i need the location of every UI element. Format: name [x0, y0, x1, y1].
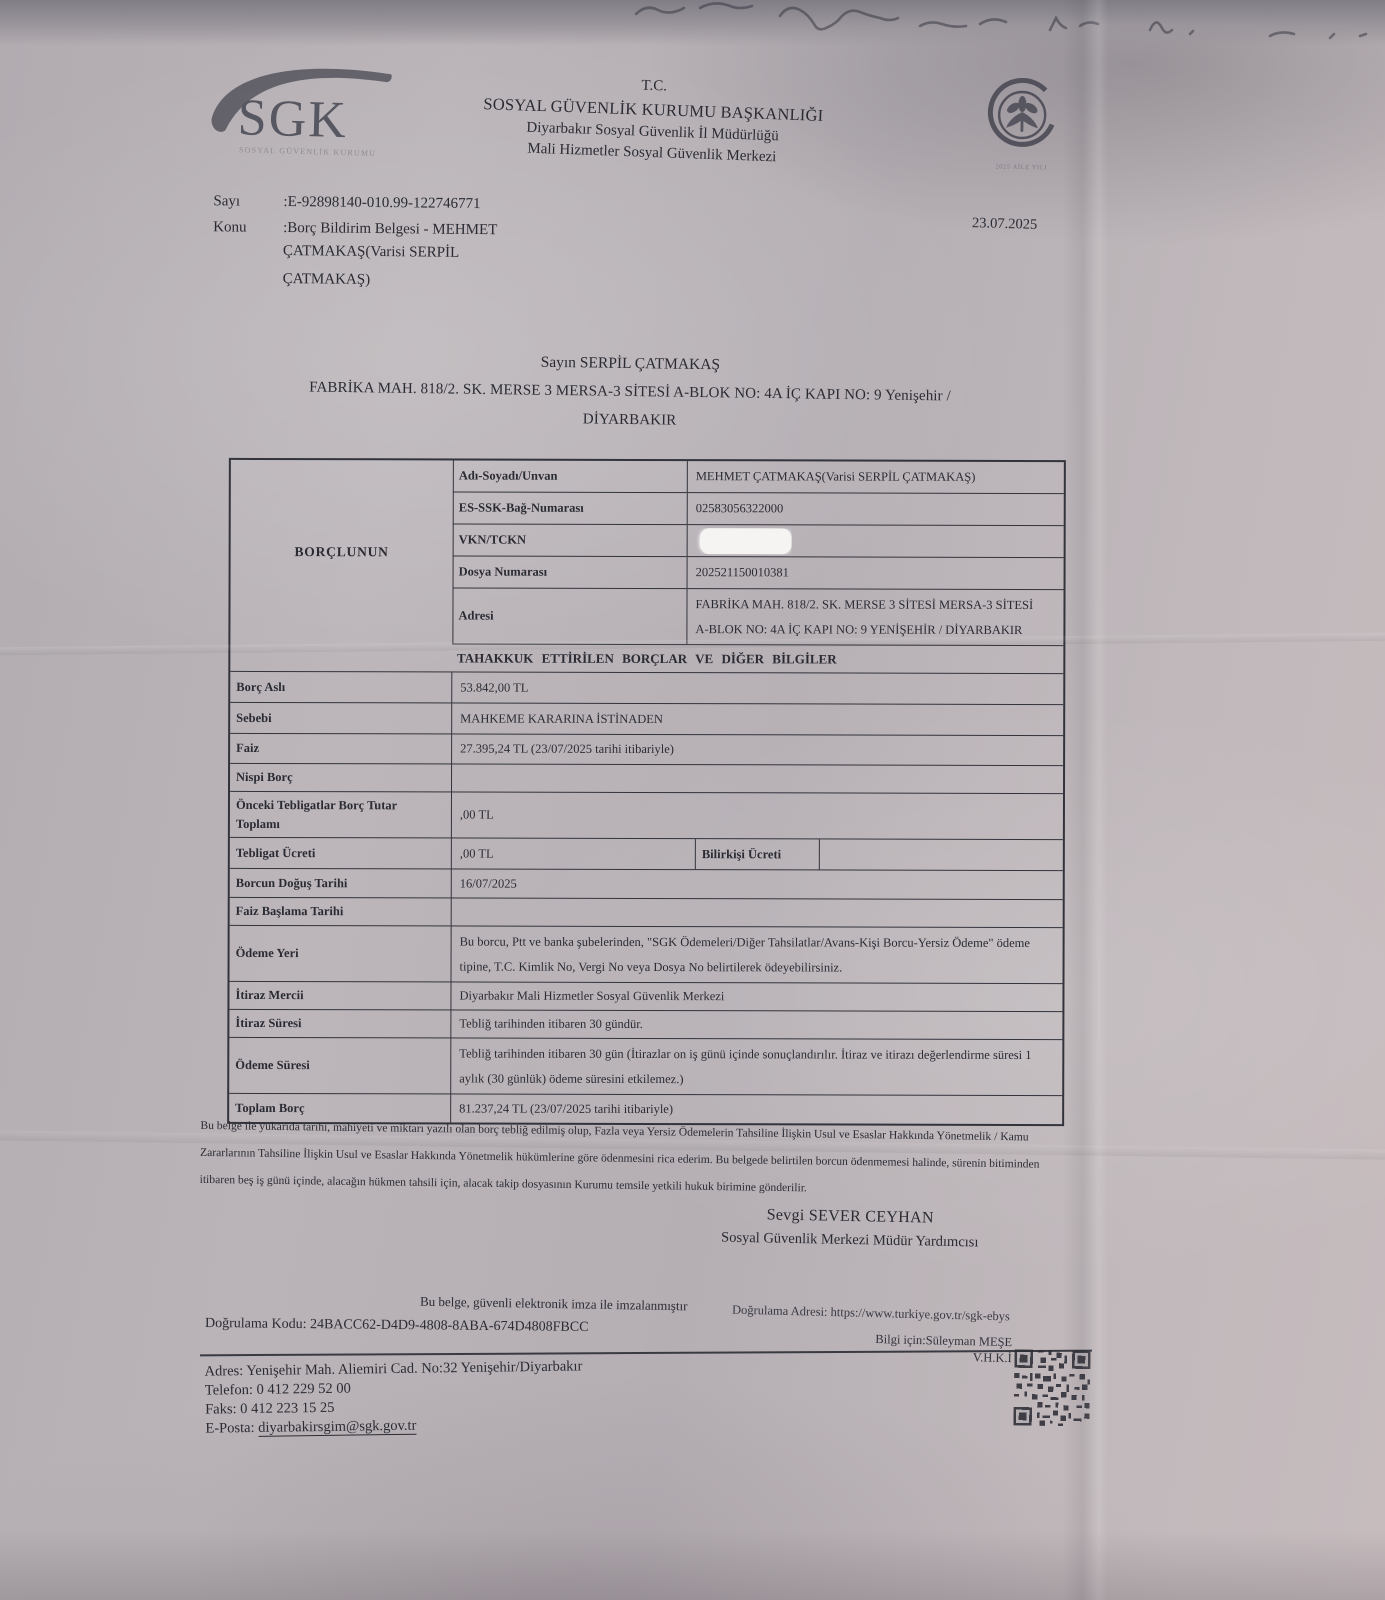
verification-address-line: Doğrulama Adresi: https://www.turkiye.go… [732, 1303, 1010, 1325]
debtor-value-dosya: 202521150010381 [688, 565, 789, 580]
debt-table: BORÇLUNUN Adı-Soyadı/Unvan MEHMET ÇATMAK… [227, 458, 1066, 1126]
label-faiz: Faiz [230, 734, 452, 764]
debtor-section: BORÇLUNUN Adı-Soyadı/Unvan MEHMET ÇATMAK… [230, 460, 1063, 646]
value-onceki-tebligatlar: ,00 TL [452, 807, 1063, 824]
document-photo: SGK SOSYAL GÜVENLİK KURUMU T.C. SOSYAL G… [0, 0, 1385, 1600]
label-odeme-suresi: Ödeme Süresi [229, 1038, 451, 1094]
signatory-name: Sevgi SEVER CEYHAN [610, 1203, 1090, 1230]
konu-label: Konu [213, 219, 283, 237]
debtor-adres-line1: FABRİKA MAH. 818/2. SK. MERSE 3 SİTESİ M… [695, 592, 1033, 618]
value-odeme-suresi: Tebliğ tarihinden itibaren 30 gün (İtira… [451, 1041, 1062, 1093]
sayi-value: :E-92898140-010.99-122746771 [283, 194, 480, 213]
debtor-value-adres: FABRİKA MAH. 818/2. SK. MERSE 3 SİTESİ M… [687, 592, 1033, 643]
label-itiraz-mercii: İtiraz Mercii [229, 982, 451, 1010]
photo-bottom-edge [0, 1530, 1385, 1600]
value-borcun-dogus: 16/07/2025 [452, 876, 1063, 893]
signatory-title: Sosyal Güvenlik Merkezi Müdür Yardımcısı [610, 1227, 1090, 1253]
sayi-label: Sayı [213, 193, 283, 211]
debtor-section-label: BORÇLUNUN [230, 460, 453, 645]
label-bilirkisi-ucreti: Bilirkişi Ücreti [696, 839, 820, 869]
debtor-label-essk: ES-SSK-Bağ-Numarası [453, 492, 688, 524]
verification-code-line: Doğrulama Kodu: 24BACC62-D4D9-4808-8ABA-… [205, 1316, 589, 1336]
label-onceki-line2: Toplamı [236, 814, 397, 833]
row-onceki-tebligatlar: Önceki Tebligatlar Borç Tutar Toplamı ,0… [230, 792, 1063, 840]
redaction-box [700, 528, 792, 554]
value-faiz: 27.395,24 TL (23/07/2025 tarihi itibariy… [452, 741, 1063, 758]
reference-block: Sayı :E-92898140-010.99-122746771 Konu :… [212, 193, 733, 297]
debtor-value-essk: 02583056322000 [688, 501, 784, 516]
family-year-emblem: 2025 AİLE YILI [971, 77, 1073, 172]
row-odeme-suresi: Ödeme Süresi Tebliğ tarihinden itibaren … [229, 1038, 1062, 1096]
addressee-block: Sayın SERPİL ÇATMAKAŞ FABRİKA MAH. 818/2… [149, 343, 1110, 440]
signature-block: Sevgi SEVER CEYHAN Sosyal Güvenlik Merke… [610, 1203, 1091, 1253]
label-faiz-baslama: Faiz Başlama Tarihi [230, 898, 452, 926]
info-contact-block: Bilgi için:Süleyman MEŞE V.H.K.İ [822, 1330, 1013, 1366]
esign-note: Bu belge, güvenli elektronik imza ile im… [420, 1294, 688, 1315]
row-nispi-borc: Nispi Borç [230, 764, 1063, 794]
debtor-row-vkn: VKN/TCKN [453, 524, 1064, 558]
odeme-yeri-line1: Bu borcu, Ptt ve banka şubelerinden, "SG… [460, 929, 1063, 956]
office-email: diyarbakirsgim@sgk.gov.tr [258, 1418, 416, 1437]
verification-address-url: https://www.turkiye.gov.tr/sgk-ebys [830, 1305, 1010, 1323]
value-itiraz-mercii: Diyarbakır Mali Hizmetler Sosyal Güvenli… [451, 988, 1062, 1005]
debtor-label-name: Adı-Soyadı/Unvan [453, 460, 688, 492]
debtor-label-dosya: Dosya Numarası [453, 556, 688, 588]
debtor-row-dosya: Dosya Numarası 202521150010381 [453, 556, 1064, 590]
page-fold [1062, 0, 1108, 1600]
label-onceki-line1: Önceki Tebligatlar Borç Tutar [236, 796, 397, 815]
label-borc-asli: Borç Aslı [230, 672, 452, 703]
odeme-suresi-line1: Tebliğ tarihinden itibaren 30 gün (İtira… [459, 1041, 1062, 1068]
row-itiraz-mercii: İtiraz Mercii Diyarbakır Mali Hizmetler … [229, 982, 1062, 1012]
office-email-line: E-Posta: diyarbakirsgim@sgk.gov.tr [205, 1414, 583, 1438]
debtor-value-vkn [688, 528, 792, 554]
row-borc-asli: Borç Aslı 53.842,00 TL [230, 672, 1063, 705]
debtor-value-name: MEHMET ÇATMAKAŞ(Varisi SERPİL ÇATMAKAŞ) [688, 469, 976, 485]
label-onceki-tebligatlar: Önceki Tebligatlar Borç Tutar Toplamı [230, 792, 452, 838]
notice-paragraph: Bu belge ile yukarıda tarihi, mahiyeti v… [199, 1112, 1078, 1205]
value-toplam-borc: 81.237,24 TL (23/07/2025 tarihi itibariy… [451, 1101, 1062, 1118]
value-borc-asli: 53.842,00 TL [452, 680, 1063, 697]
label-nispi-borc: Nispi Borç [230, 764, 452, 792]
handwriting-marks [630, 0, 1385, 40]
sgk-logo-subtext: SOSYAL GÜVENLİK KURUMU [239, 145, 376, 158]
office-contact-block: Adres: Yenişehir Mah. Aliemiri Cad. No:3… [204, 1357, 583, 1438]
office-email-label: E-Posta: [205, 1420, 254, 1437]
debtor-row-essk: ES-SSK-Bağ-Numarası 02583056322000 [453, 492, 1064, 526]
verification-code-label: Doğrulama Kodu: [205, 1316, 307, 1332]
debtor-row-name: Adı-Soyadı/Unvan MEHMET ÇATMAKAŞ(Varisi … [453, 460, 1064, 494]
value-nispi-borc [452, 778, 1063, 780]
row-itiraz-suresi: İtiraz Süresi Tebliğ tarihinden itibaren… [229, 1010, 1062, 1040]
odeme-suresi-line2: aylık (30 günlük) ödeme süresini etkilem… [459, 1066, 1062, 1093]
row-tebligat-ucreti: Tebligat Ücreti ,00 TL Bilirkişi Ücreti [230, 838, 1063, 871]
label-sebebi: Sebebi [230, 703, 452, 734]
debtor-label-vkn: VKN/TCKN [453, 524, 688, 556]
label-itiraz-suresi: İtiraz Süresi [229, 1010, 451, 1038]
row-faiz: Faiz 27.395,24 TL (23/07/2025 tarihi iti… [230, 734, 1063, 766]
value-sebebi: MAHKEME KARARINA İSTİNADEN [452, 711, 1063, 728]
letterhead: T.C. SOSYAL GÜVENLİK KURUMU BAŞKANLIĞI D… [397, 67, 910, 174]
value-odeme-yeri: Bu borcu, Ptt ve banka şubelerinden, "SG… [452, 929, 1063, 981]
row-sebebi: Sebebi MAHKEME KARARINA İSTİNADEN [230, 703, 1063, 736]
label-odeme-yeri: Ödeme Yeri [230, 926, 452, 982]
debtor-label-adres: Adresi [452, 588, 687, 644]
value-itiraz-suresi: Tebliğ tarihinden itibaren 30 gündür. [451, 1016, 1062, 1033]
konu-value-line3: ÇATMAKAŞ) [282, 265, 732, 298]
label-tebligat-ucreti: Tebligat Ücreti [230, 838, 452, 869]
row-borcun-dogus: Borcun Doğuş Tarihi 16/07/2025 [230, 869, 1063, 900]
emblem-caption: 2025 AİLE YILI [971, 163, 1071, 172]
row-faiz-baslama: Faiz Başlama Tarihi [230, 898, 1063, 928]
value-bilirkisi-ucreti [820, 854, 1063, 855]
value-tebligat-ucreti: ,00 TL [452, 838, 696, 869]
row-odeme-yeri: Ödeme Yeri Bu borcu, Ptt ve banka şubele… [230, 926, 1063, 984]
verification-address-label: Doğrulama Adresi: [732, 1303, 828, 1319]
sgk-logo: SGK SOSYAL GÜVENLİK KURUMU [203, 55, 406, 170]
odeme-yeri-line2: tipine, T.C. Kimlik No, Vergi No veya Do… [460, 954, 1063, 981]
info-contact-title: V.H.K.İ [822, 1346, 1012, 1366]
value-faiz-baslama [452, 912, 1063, 914]
sgk-letters: SGK [237, 89, 348, 149]
verification-code: 24BACC62-D4D9-4808-8ABA-674D4808FBCC [310, 1317, 589, 1335]
label-borcun-dogus: Borcun Doğuş Tarihi [230, 869, 452, 898]
document-date: 23.07.2025 [972, 215, 1038, 234]
